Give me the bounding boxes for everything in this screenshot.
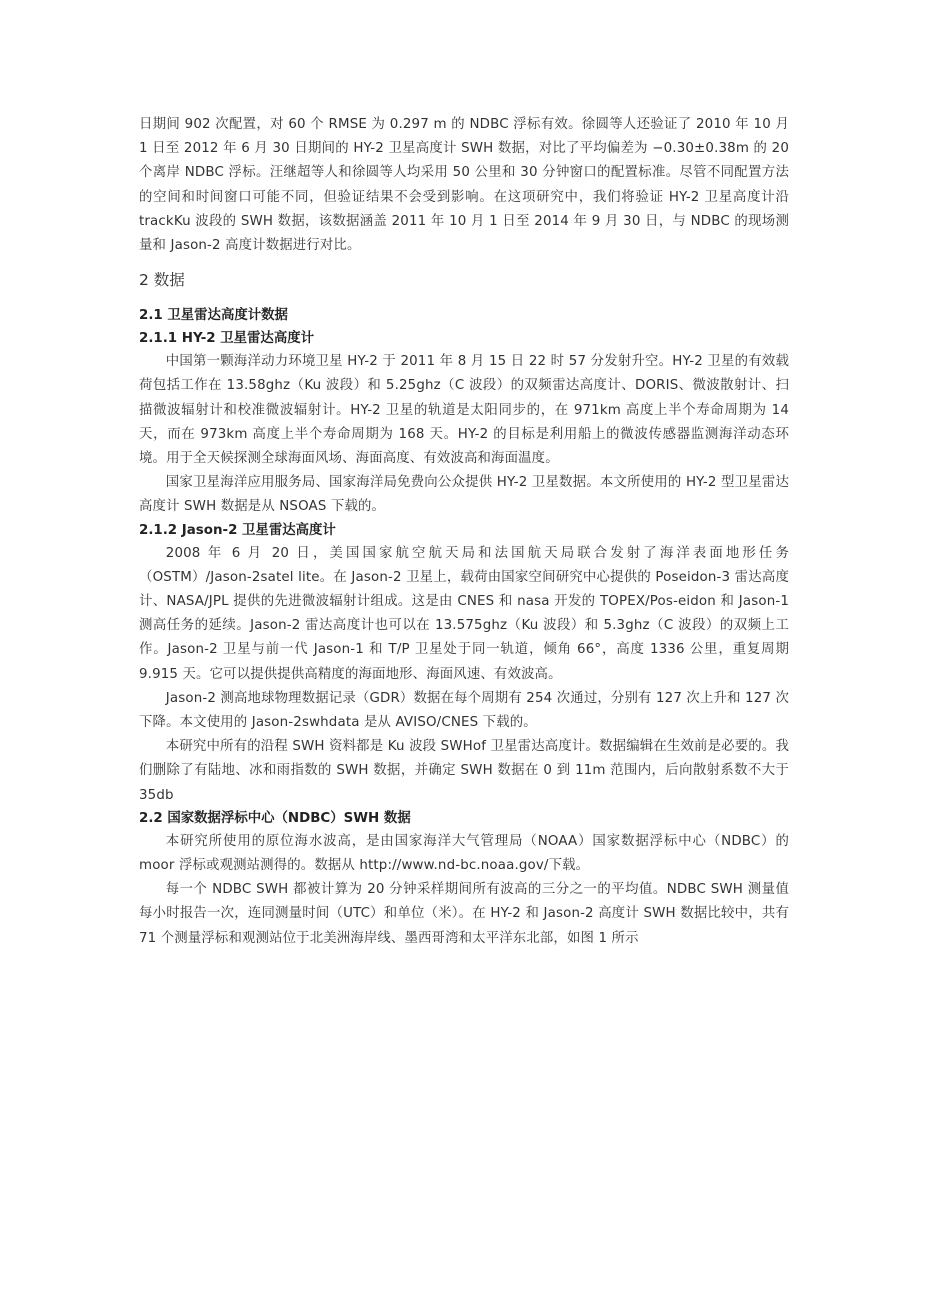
paragraph: 本研究所使用的原位海水波高，是由国家海洋大气管理局（NOAA）国家数据浮标中心（… [139, 830, 789, 878]
paragraph: 中国第一颗海洋动力环境卫星 HY-2 于 2011 年 8 月 15 日 22 … [139, 350, 789, 471]
section-2-2-heading: 2.2 国家数据浮标中心（NDBC）SWH 数据 [139, 808, 789, 830]
section-2-heading: 2 数据 [139, 268, 789, 292]
paragraph: 本研究中所有的沿程 SWH 资料都是 Ku 波段 SWHof 卫星雷达高度计。数… [139, 735, 789, 808]
section-2-1-1-heading: 2.1.1 HY-2 卫星雷达高度计 [139, 328, 789, 350]
section-2-1-2-heading: 2.1.2 Jason-2 卫星雷达高度计 [139, 520, 789, 542]
paragraph: 每一个 NDBC SWH 都被计算为 20 分钟采样期间所有波高的三分之一的平均… [139, 878, 789, 951]
intro-paragraph: 日期间 902 次配置，对 60 个 RMSE 为 0.297 m 的 NDBC… [139, 113, 789, 258]
document-page: 日期间 902 次配置，对 60 个 RMSE 为 0.297 m 的 NDBC… [139, 113, 789, 951]
paragraph: 国家卫星海洋应用服务局、国家海洋局免费向公众提供 HY-2 卫星数据。本文所使用… [139, 471, 789, 519]
paragraph: 2008 年 6 月 20 日，美国国家航空航天局和法国航天局联合发射了海洋表面… [139, 542, 789, 687]
paragraph: Jason-2 测高地球物理数据记录（GDR）数据在每个周期有 254 次通过，… [139, 687, 789, 735]
section-2-1-heading: 2.1 卫星雷达高度计数据 [139, 304, 789, 328]
